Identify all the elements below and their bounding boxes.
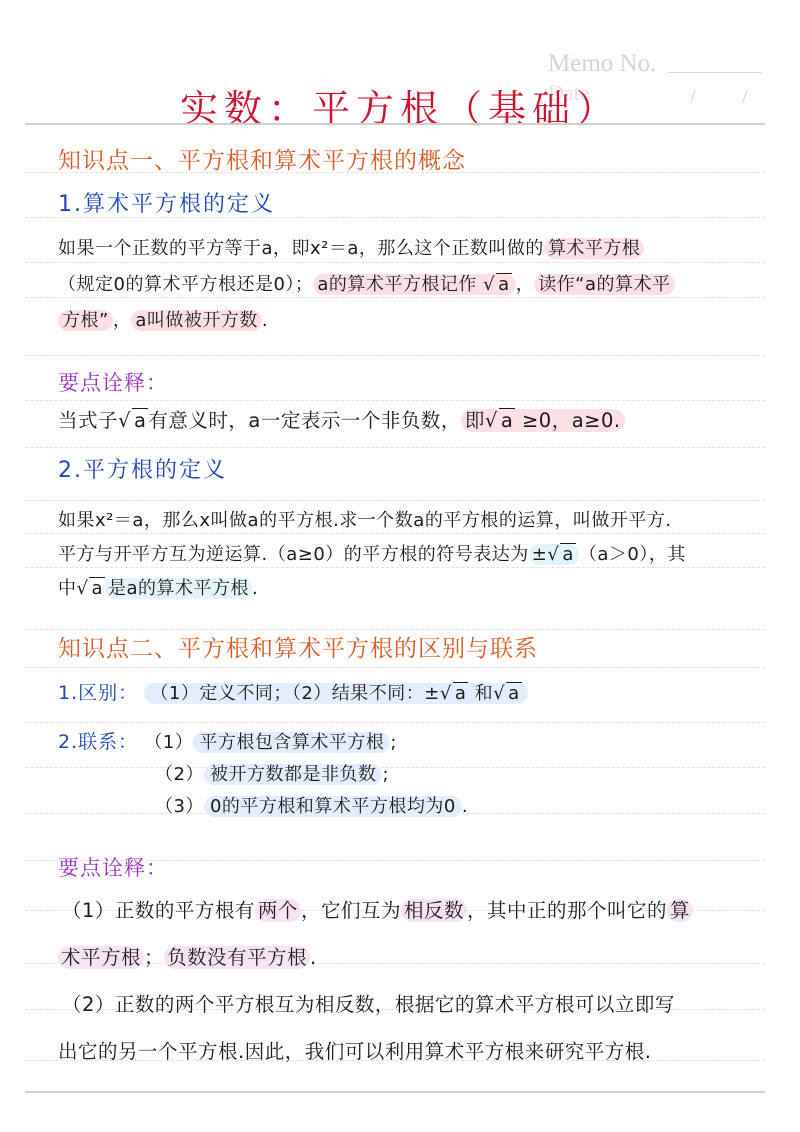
section1-heading: 知识点一、平方根和算术平方根的概念 — [58, 142, 466, 175]
text: 平方与开平方互为逆运算.（a≥0）的平方根的符号表达为 — [58, 544, 529, 565]
text: ，它们互为 — [301, 899, 401, 922]
text: （规定0的算术平方根还是0）； — [58, 274, 313, 295]
text: 中 — [58, 578, 77, 599]
highlight-nonnegative: 即√a ≥0，a≥0. — [461, 409, 625, 432]
item-number: （1） — [144, 732, 193, 753]
text: ≥0，a≥0. — [515, 409, 620, 432]
note1-line: 当式子√a有意义时，a一定表示一个非负数，即√a ≥0，a≥0. — [58, 405, 625, 433]
sub2-line-1: 如果x²＝a，那么x叫做a的平方根.求一个数a的平方根的运算，叫做开平方. — [58, 506, 672, 532]
text: 当式子 — [58, 409, 118, 432]
memo-no-line — [668, 72, 762, 73]
sqrt-symbol: √a — [493, 682, 522, 704]
radicand: a — [89, 577, 105, 599]
sub2-heading: 2.平方根的定义 — [58, 453, 227, 484]
sqrt-symbol: √a — [483, 273, 512, 295]
sub1-line-1: 如果一个正数的平方等于a，即x²＝a，那么这个正数叫做的算术平方根 — [58, 234, 644, 260]
radicand: a — [453, 682, 469, 704]
ruled-line — [25, 533, 765, 534]
sqrt-symbol: √a — [485, 408, 515, 432]
bottom-divider — [25, 1091, 765, 1093]
ruled-line — [25, 297, 765, 298]
highlight-plus-minus-root: ±√a — [529, 544, 579, 565]
highlight-opposite: 相反数 — [401, 899, 467, 922]
ruled-line — [25, 447, 765, 448]
radicand: a — [496, 273, 512, 295]
ruled-line — [25, 567, 765, 568]
highlight-arithmetic: 算 — [667, 899, 693, 922]
highlight-reading: 读作“a的算术平 — [534, 274, 674, 295]
highlight-reading-end: 方根” — [58, 310, 113, 331]
note2-p1-line-2: 术平方根；负数没有平方根. — [58, 942, 317, 970]
sub1-line-3: 方根”，a叫做被开方数. — [58, 306, 268, 332]
text: 如果一个正数的平方等于a，即x²＝a，那么这个正数叫做的 — [58, 238, 544, 259]
highlight-arithmetic-root: 算术平方根 — [544, 238, 645, 259]
text: . — [462, 796, 468, 817]
ruled-line — [25, 355, 765, 356]
sub1-line-2: （规定0的算术平方根还是0）；a的算术平方根记作 √a，读作“a的算术平 — [58, 270, 675, 296]
sqrt-symbol: √a — [77, 577, 106, 599]
text: ; — [390, 732, 397, 753]
text: （1）定义不同；（2）结果不同：± — [150, 683, 440, 704]
radicand: a — [132, 408, 148, 432]
note2-p1-line-1: （1）正数的平方根有两个，它们互为相反数，其中正的那个叫它的算 — [62, 895, 693, 923]
sqrt-symbol: √a — [118, 408, 148, 432]
ruled-line — [25, 722, 765, 723]
note1-heading: 要点诠释： — [58, 367, 168, 397]
text: （1）正数的平方根有 — [62, 899, 255, 922]
plus-minus: ± — [532, 544, 548, 565]
text: . — [262, 310, 268, 331]
text: . — [310, 946, 317, 969]
radicand: a — [499, 408, 515, 432]
difference-label: 1.区别： — [58, 682, 138, 704]
sub1-heading: 1.算术平方根的定义 — [58, 187, 275, 218]
highlight-radicand: a叫做被开方数 — [131, 310, 262, 331]
highlight-notation: a的算术平方根记作 √a — [313, 274, 515, 295]
text: ， — [113, 310, 132, 331]
ruled-line — [25, 767, 765, 768]
title-divider — [25, 123, 765, 125]
text: （a＞0），其 — [579, 544, 686, 565]
sqrt-symbol: √a — [440, 682, 469, 704]
text: ， — [516, 274, 535, 295]
highlight-relation-item: 被开方数都是非负数 — [204, 764, 383, 785]
highlight-arithmetic-root: 是a的算术平方根 — [105, 578, 252, 599]
ruled-line — [25, 500, 765, 501]
highlight-difference: （1）定义不同；（2）结果不同：±√a 和√a — [144, 683, 527, 704]
ruled-line — [25, 400, 765, 401]
highlight-arithmetic-root: 术平方根 — [58, 946, 144, 969]
relation-line-2: （2）被开方数都是非负数; — [155, 760, 389, 786]
note2-p2-line-2: 出它的另一个平方根.因此，我们可以利用算术平方根来研究平方根. — [58, 1036, 651, 1064]
relation-label: 2.联系： — [58, 731, 138, 753]
text: 有意义时，a一定表示一个非负数， — [148, 409, 460, 432]
text: ; — [382, 764, 389, 785]
sub2-line-3: 中√a是a的算术平方根. — [58, 574, 258, 600]
highlight-negative-no-root: 负数没有平方根 — [164, 946, 310, 969]
relation-line-1: 2.联系： （1）平方根包含算术平方根; — [58, 727, 397, 754]
sqrt-symbol: √a — [547, 543, 576, 565]
note2-heading: 要点诠释： — [58, 852, 168, 882]
radicand: a — [506, 682, 522, 704]
text: 即 — [465, 409, 485, 432]
item-number: （2） — [155, 764, 204, 785]
text: . — [252, 578, 258, 599]
note2-p2-line-1: （2）正数的两个平方根互为相反数，根据它的算术平方根可以立即写 — [62, 989, 675, 1017]
highlight-two: 两个 — [255, 899, 301, 922]
highlight-relation-item: 平方根包含算术平方根 — [193, 732, 390, 753]
highlight-relation-item: 0的平方根和算术平方根均为0 — [204, 796, 462, 817]
text: 和 — [468, 683, 493, 704]
relation-line-3: （3）0的平方根和算术平方根均为0. — [155, 792, 468, 818]
radicand: a — [560, 543, 576, 565]
text: ； — [144, 946, 164, 969]
section2-heading: 知识点二、平方根和算术平方根的区别与联系 — [58, 630, 538, 663]
ruled-line — [25, 667, 765, 668]
ruled-line — [25, 262, 765, 263]
item-number: （3） — [155, 796, 204, 817]
sub2-line-2: 平方与开平方互为逆运算.（a≥0）的平方根的符号表达为±√a（a＞0），其 — [58, 540, 686, 566]
memo-no-label: Memo No. — [548, 50, 656, 78]
text: a的算术平方根记作 — [317, 274, 477, 295]
text: ，其中正的那个叫它的 — [467, 899, 667, 922]
difference-line: 1.区别： （1）定义不同；（2）结果不同：±√a 和√a — [58, 678, 528, 705]
